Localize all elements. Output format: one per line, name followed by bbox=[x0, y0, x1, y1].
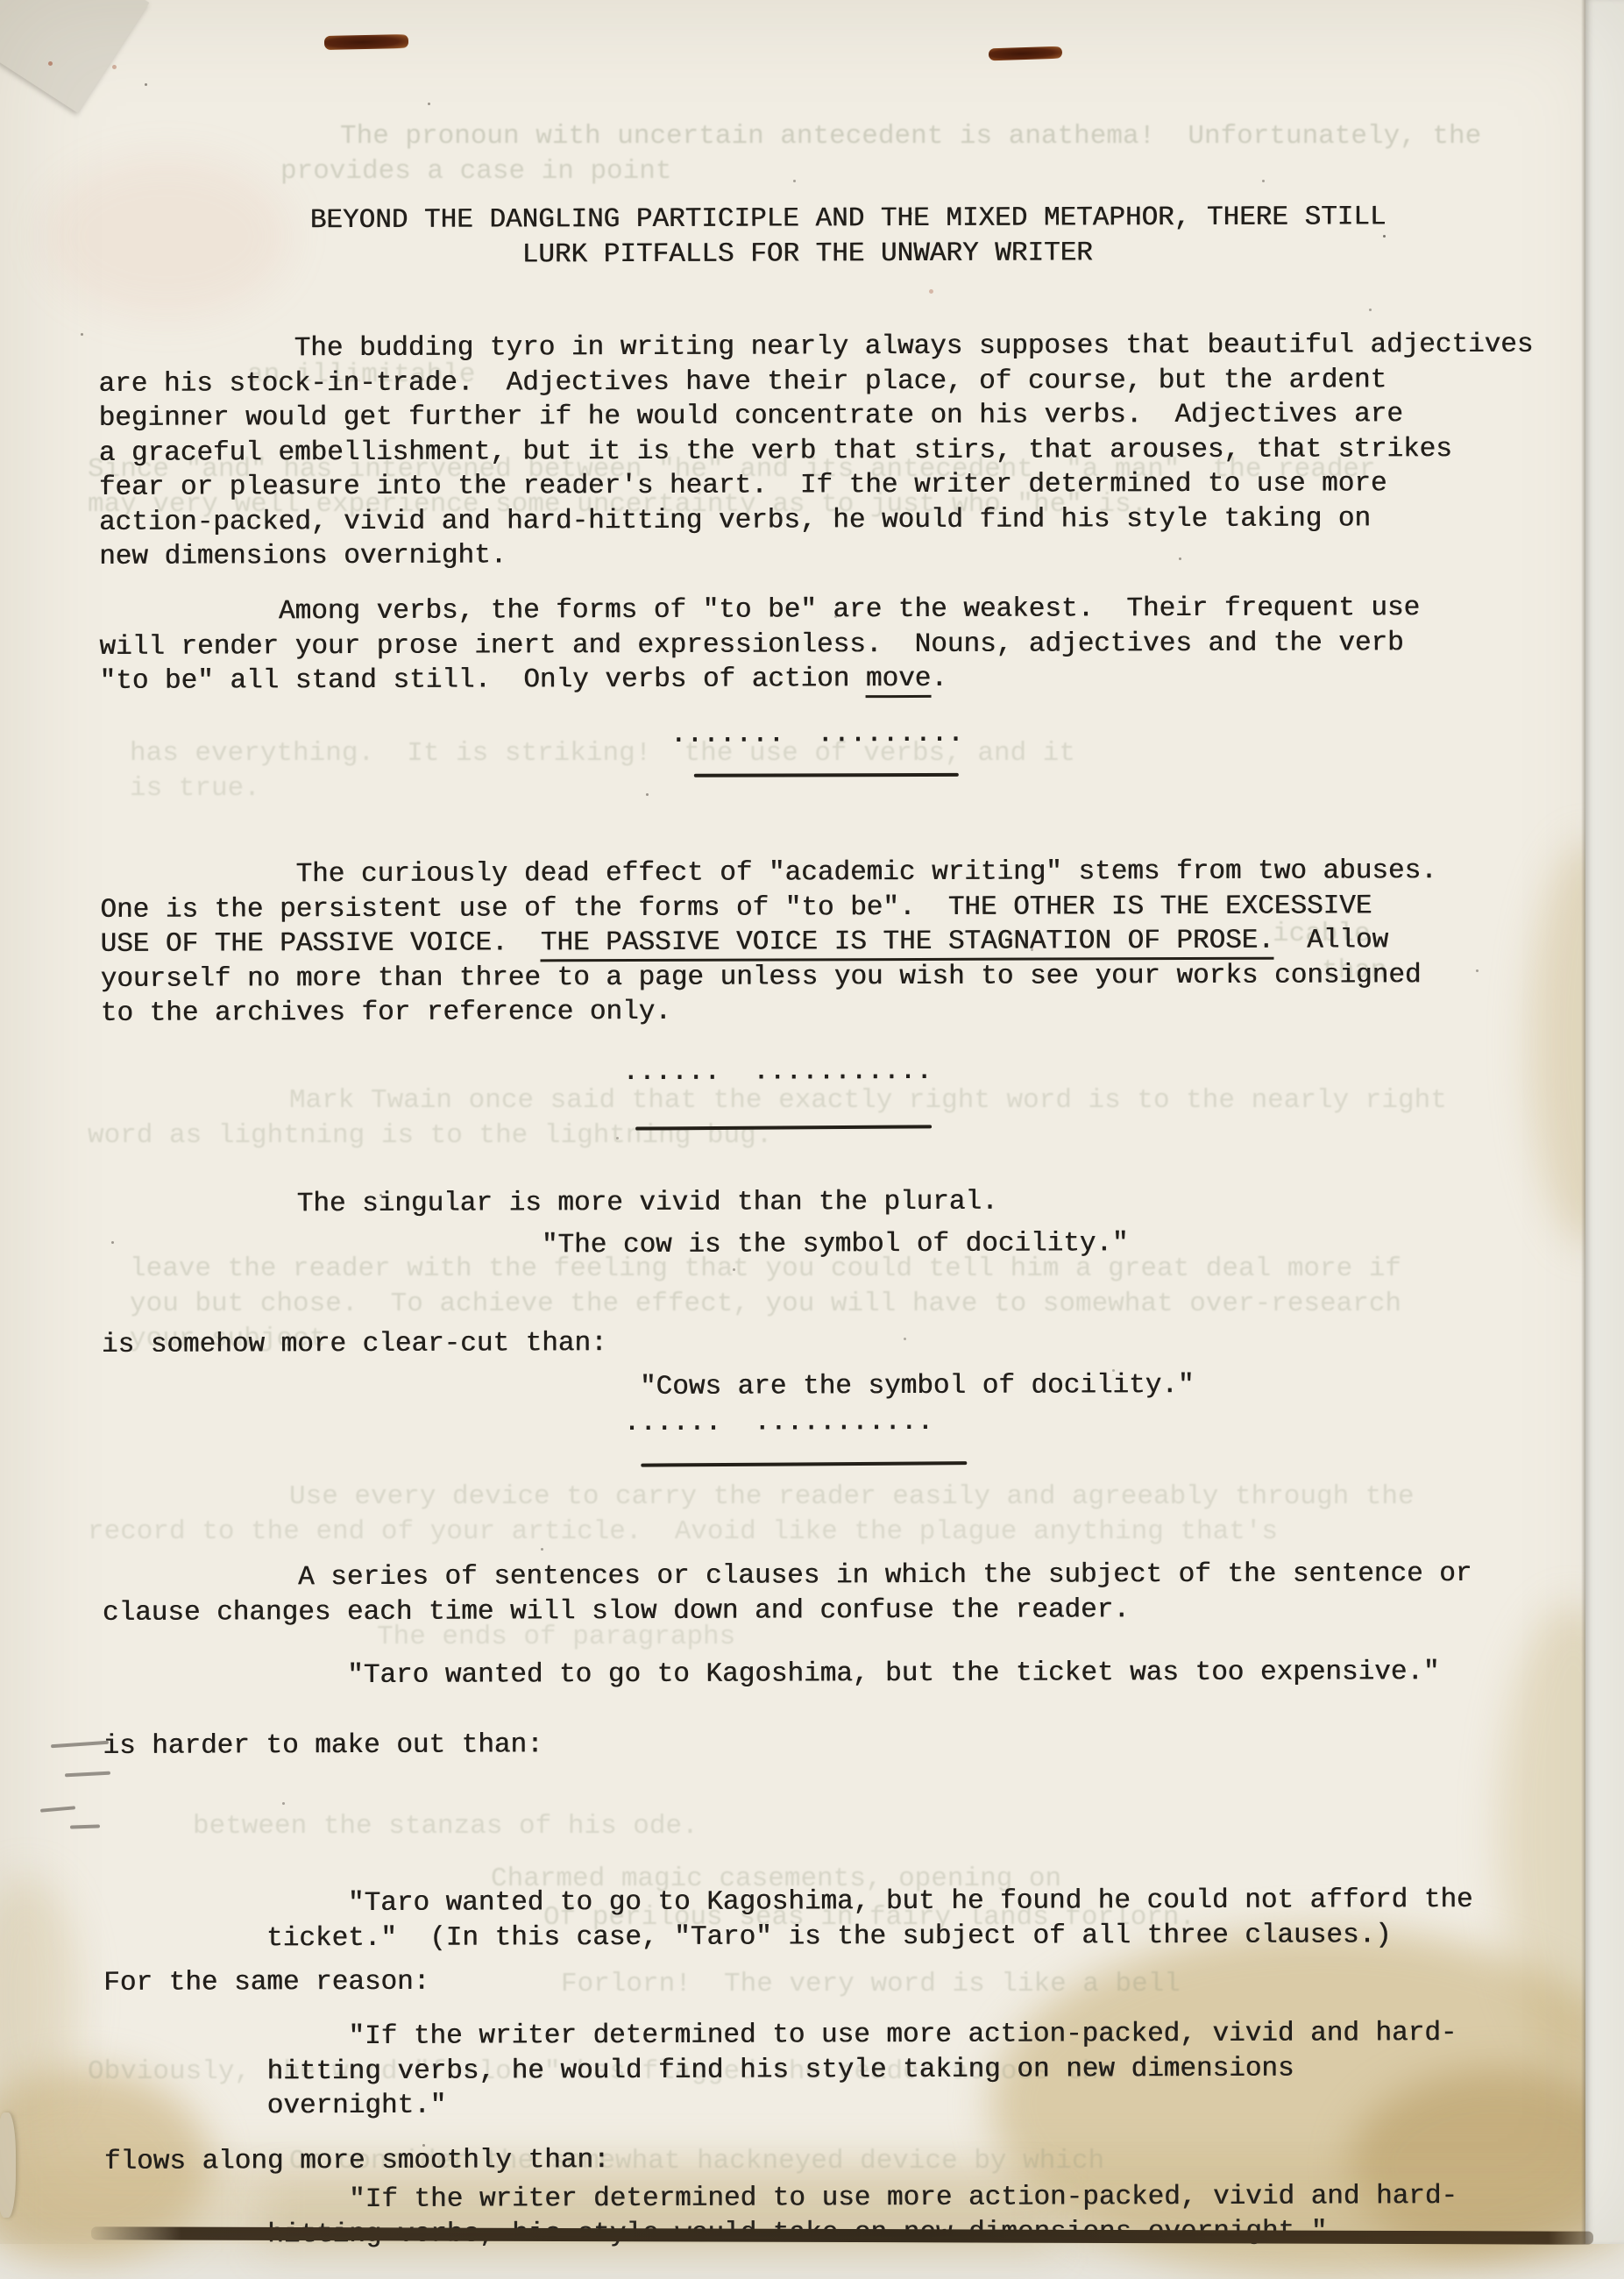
paragraph-3: The curiously dead effect of "academic w… bbox=[100, 854, 1437, 1031]
same-reason-line: For the same reason: bbox=[103, 1965, 429, 2001]
flows-line: flows along more smoothly than: bbox=[104, 2143, 610, 2179]
writer-quote-1-line: "If the writer determined to use more ac… bbox=[103, 2016, 1457, 2055]
paragraph-3-line: to the archives for reference only. bbox=[101, 992, 1438, 1031]
separator-dots-1-line: ....... ......... bbox=[100, 717, 964, 755]
paragraph-1: The budding tyro in writing nearly alway… bbox=[98, 328, 1534, 575]
paragraph-1-line: action-packed, vivid and hard-hitting ve… bbox=[99, 501, 1534, 540]
flows-line-line: flows along more smoothly than: bbox=[104, 2143, 610, 2179]
typed-layer: BEYOND THE DANGLING PARTICIPLE AND THE M… bbox=[0, 0, 1624, 2244]
paragraph-1-line: a graceful embellishment, but it is the … bbox=[99, 431, 1534, 471]
paragraph-4-line: clause changes each time will slow down … bbox=[103, 1591, 1472, 1629]
writer-quote-2-line: "If the writer determined to use more ac… bbox=[104, 2179, 1457, 2218]
separator-dots-2: ...... ........... bbox=[101, 1054, 933, 1091]
cows-quote-line: "Cows are the symbol of docility." bbox=[102, 1368, 1195, 1406]
paragraph-2-line: "to be" all stand still. Only verbs of a… bbox=[99, 660, 1420, 699]
cows-quote: "Cows are the symbol of docility." bbox=[102, 1368, 1195, 1406]
paragraph-3-line: USE OF THE PASSIVE VOICE. THE PASSIVE VO… bbox=[100, 923, 1437, 962]
harder-line-line: is harder to make out than: bbox=[103, 1728, 543, 1764]
paragraph-4: A series of sentences or clauses in whic… bbox=[103, 1557, 1472, 1630]
paragraph-4-line: A series of sentences or clauses in whic… bbox=[103, 1557, 1472, 1595]
paragraph-1-line: The budding tyro in writing nearly alway… bbox=[98, 328, 1533, 367]
title-line: BEYOND THE DANGLING PARTICIPLE AND THE M… bbox=[98, 200, 1386, 238]
same-reason-line-line: For the same reason: bbox=[103, 1965, 429, 2001]
paragraph-1-line: fear or pleasure into the reader's heart… bbox=[99, 466, 1534, 506]
paragraph-2-line: Among verbs, the forms of "to be" are th… bbox=[99, 591, 1420, 629]
singular-line: The singular is more vivid than the plur… bbox=[101, 1185, 997, 1223]
taro-quote-1-line: "Taro wanted to go to Kagoshima, but the… bbox=[103, 1655, 1440, 1693]
scanner-margin-right bbox=[1585, 0, 1624, 2244]
clearcut-line: is somehow more clear-cut than: bbox=[102, 1326, 607, 1362]
paragraph-1-line: new dimensions overnight. bbox=[99, 536, 1534, 575]
harder-line: is harder to make out than: bbox=[103, 1728, 543, 1764]
separator-dots-2-line: ...... ........... bbox=[101, 1054, 933, 1091]
writer-quote-1-line: hitting verbs, he would find his style t… bbox=[103, 2051, 1457, 2090]
paragraph-1-line: are his stock-in-trade. Adjectives have … bbox=[98, 362, 1533, 401]
paragraph-1-line: beginner would get further if he would c… bbox=[98, 397, 1533, 437]
taro-quote-1: "Taro wanted to go to Kagoshima, but the… bbox=[103, 1655, 1440, 1693]
taro-quote-2: "Taro wanted to go to Kagoshima, but he … bbox=[103, 1883, 1473, 1956]
paragraph-3-line: One is the persistent use of the forms o… bbox=[100, 889, 1437, 927]
separator-dots-3: ...... ........... bbox=[102, 1405, 933, 1442]
cow-quote: "The cow is the symbol of docility." bbox=[101, 1226, 1128, 1264]
taro-quote-2-line: ticket." (In this case, "Taro" is the su… bbox=[103, 1917, 1473, 1956]
writer-quote-1: "If the writer determined to use more ac… bbox=[103, 2016, 1457, 2124]
separator-rule-2 bbox=[635, 1125, 932, 1130]
scanned-page: The pronoun with uncertain antecedent is… bbox=[0, 0, 1624, 2244]
paragraph-3-line: yourself no more than three to a page un… bbox=[101, 958, 1438, 997]
title-line: LURK PITFALLS FOR THE UNWARY WRITER bbox=[98, 235, 1386, 273]
paragraph-2: Among verbs, the forms of "to be" are th… bbox=[99, 591, 1420, 699]
separator-dots-1: ....... ......... bbox=[100, 717, 964, 755]
separator-rule-3 bbox=[641, 1461, 967, 1466]
separator-rule-1 bbox=[694, 773, 959, 777]
cow-quote-line: "The cow is the symbol of docility." bbox=[101, 1226, 1128, 1264]
singular-line-line: The singular is more vivid than the plur… bbox=[101, 1185, 997, 1223]
title: BEYOND THE DANGLING PARTICIPLE AND THE M… bbox=[98, 200, 1386, 273]
paragraph-2-line: will render your prose inert and express… bbox=[99, 626, 1420, 664]
writer-quote-1-line: overnight." bbox=[104, 2085, 1457, 2124]
separator-dots-3-line: ...... ........... bbox=[102, 1405, 933, 1442]
taro-quote-2-line: "Taro wanted to go to Kagoshima, but he … bbox=[103, 1883, 1473, 1921]
clearcut-line-line: is somehow more clear-cut than: bbox=[102, 1326, 607, 1362]
paragraph-3-line: The curiously dead effect of "academic w… bbox=[100, 854, 1437, 892]
